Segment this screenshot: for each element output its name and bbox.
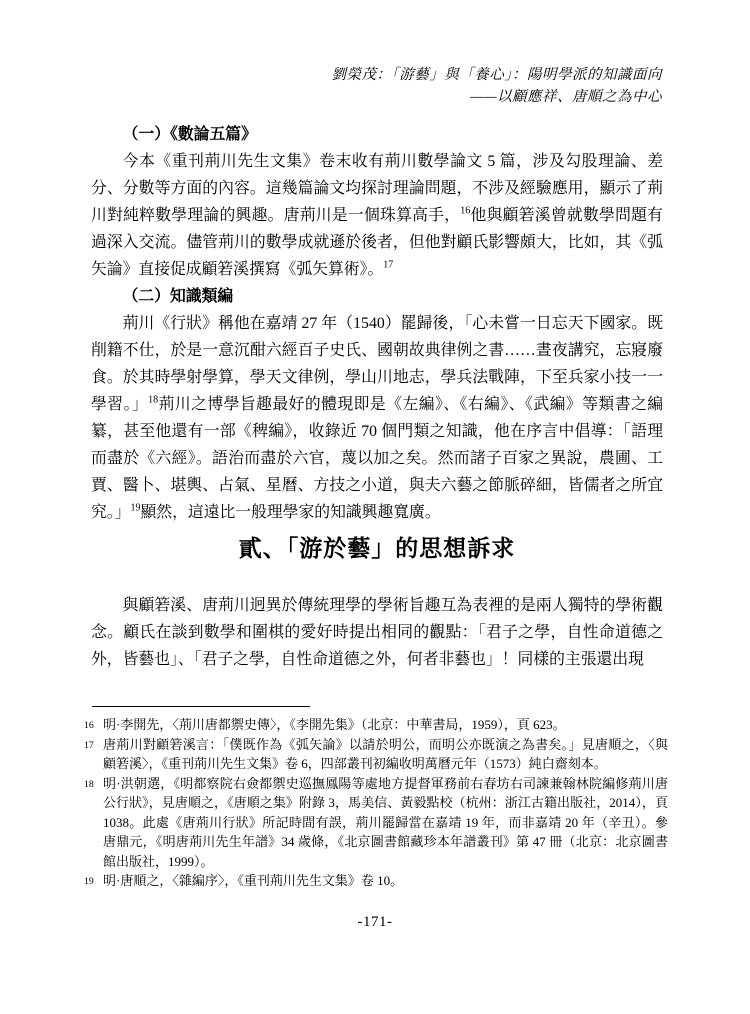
- text-run: 顯然，這遠比一般理學家的知識興趣寬廣。: [141, 504, 441, 521]
- text-run: 荊川之博學旨趣最好的體現即是《左編》、《右編》、《武編》等類書之編纂，甚至他還有…: [91, 396, 663, 521]
- footnote-ref: 18: [148, 395, 158, 406]
- footnote-ref: 19: [131, 503, 141, 514]
- footnote-area: 16明·李開先，〈荊川唐都禦史傳〉，《李開先集》（北京：中華書局，1959），頁…: [84, 706, 668, 891]
- body-paragraph: 荊川《行狀》稱他在嘉靖 27 年（1540）罷歸後，「心未嘗一日忘天下國家。既削…: [91, 310, 663, 526]
- footnote-text: 唐荊川對顧箬溪言：「僕既作為《弧矢論》以請於明公，而明公亦既演之為書矣。」見唐順…: [103, 737, 668, 772]
- section-subheading: （二）知識類編: [91, 283, 663, 310]
- chapter-heading: 貳、「游於藝」的思想訴求: [91, 535, 663, 562]
- footnote-text: 明·唐順之，〈雜編序〉，《重刊荊川先生文集》卷 10。: [103, 873, 403, 888]
- section-subheading: （一）《數論五篇》: [91, 121, 663, 148]
- document-page: 劉榮茂：「游藝」與「養心」：陽明學派的知識面向 ——以顧應祥、唐順之為中心 （一…: [0, 0, 750, 1014]
- running-header-line-1: 劉榮茂：「游藝」與「養心」：陽明學派的知識面向: [332, 64, 663, 86]
- running-header: 劉榮茂：「游藝」與「養心」：陽明學派的知識面向 ——以顧應祥、唐順之為中心: [332, 64, 663, 108]
- footnote-text: 明·洪朝選，《明都察院右僉都禦史巡撫鳳陽等處地方提督軍務前右春坊右司諫兼翰林院編…: [103, 776, 668, 869]
- footnote-number: 19: [84, 872, 94, 892]
- footnote-list: 16明·李開先，〈荊川唐都禦史傳〉，《李開先集》（北京：中華書局，1959），頁…: [84, 715, 668, 891]
- footnote: 16明·李開先，〈荊川唐都禦史傳〉，《李開先集》（北京：中華書局，1959），頁…: [84, 715, 668, 735]
- footnote: 18明·洪朝選，《明都察院右僉都禦史巡撫鳳陽等處地方提督軍務前右春坊右司諫兼翰林…: [84, 774, 668, 872]
- footnote-number: 18: [84, 775, 94, 795]
- footnote-number: 16: [84, 716, 94, 736]
- footnote-separator: [92, 706, 310, 707]
- footnote-ref: 16: [460, 206, 470, 217]
- page-number: -171-: [0, 914, 750, 931]
- footnote-number: 17: [84, 736, 94, 756]
- footnote-ref: 17: [383, 260, 393, 271]
- footnote: 17唐荊川對顧箬溪言：「僕既作為《弧矢論》以請於明公，而明公亦既演之為書矣。」見…: [84, 735, 668, 774]
- running-header-line-2: ——以顧應祥、唐順之為中心: [332, 86, 663, 108]
- body-paragraph: 今本《重刊荊川先生文集》卷末收有荊川數學論文 5 篇，涉及勾股理論、差分、分數等…: [91, 148, 663, 283]
- body-text: （一）《數論五篇》今本《重刊荊川先生文集》卷末收有荊川數學論文 5 篇，涉及勾股…: [91, 121, 663, 673]
- footnote-text: 明·李開先，〈荊川唐都禦史傳〉，《李開先集》（北京：中華書局，1959），頁 6…: [103, 717, 566, 732]
- footnote: 19明·唐順之，〈雜編序〉，《重刊荊川先生文集》卷 10。: [84, 871, 668, 891]
- body-paragraph: 與顧箬溪、唐荊川迥異於傳統理學的學術旨趣互為表裡的是兩人獨特的學術觀念。顧氏在談…: [91, 592, 663, 673]
- text-run: 與顧箬溪、唐荊川迥異於傳統理學的學術旨趣互為表裡的是兩人獨特的學術觀念。顧氏在談…: [91, 597, 663, 668]
